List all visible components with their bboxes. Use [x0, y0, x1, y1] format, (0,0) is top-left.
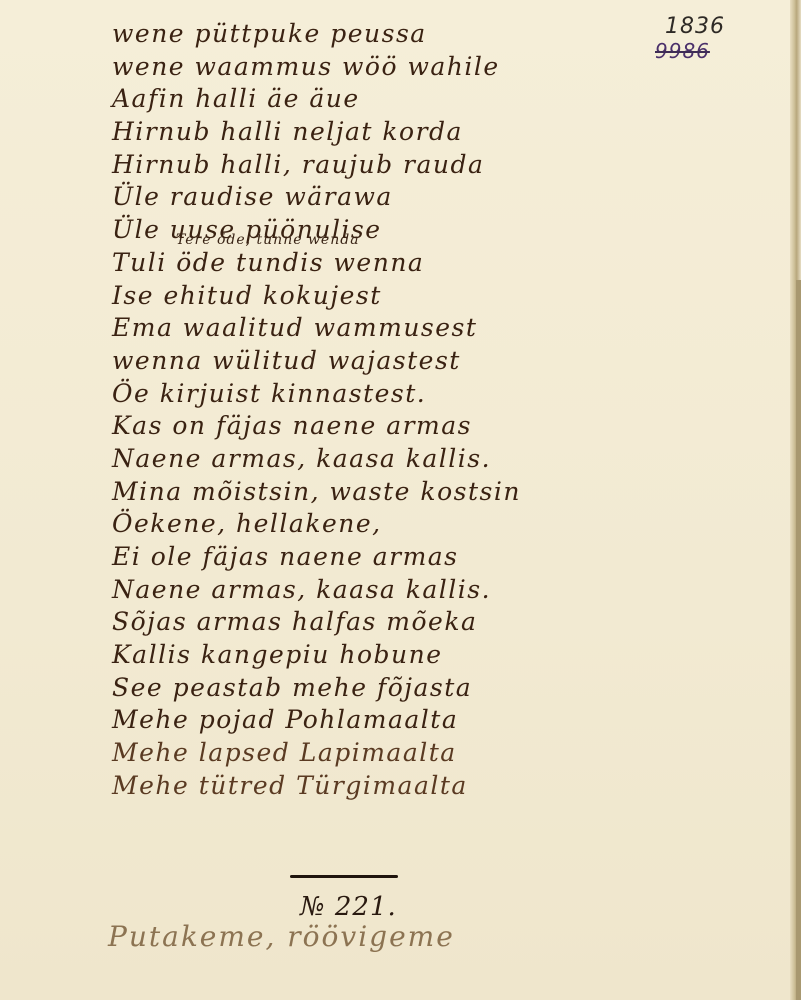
poem-line: Tuli öde tundis wenna	[112, 247, 712, 280]
poem-line: wene waammus wöö wahile	[112, 51, 712, 84]
poem-line: Aafin halli äe äue	[112, 83, 712, 116]
poem-line: Mina mõistsin, waste kostsin	[112, 476, 712, 509]
poem-line: Naene armas, kaasa kallis.	[112, 574, 712, 607]
poem-line: See peastab mehe fõjasta	[112, 672, 712, 705]
poem-line: Mehe lapsed Lapimaalta	[112, 737, 712, 770]
interlinear-correction: Tere öde, tunne wenda	[176, 232, 360, 248]
poem-line: Hirnub halli neljat korda	[112, 116, 712, 149]
poem-line: Ei ole fäjas naene armas	[112, 541, 712, 574]
poem-line: wene püttpuke peussa	[112, 18, 712, 51]
manuscript-page: 1836 9986 wene püttpuke peussa wene waam…	[0, 0, 794, 1000]
poem-line: Öe kirjuist kinnastest.	[112, 378, 712, 411]
poem-line: Mehe tütred Türgimaalta	[112, 770, 712, 803]
poem-line: Ema waalitud wammusest	[112, 312, 712, 345]
section-divider	[290, 875, 398, 878]
poem-line: Kallis kangepiu hobune	[112, 639, 712, 672]
poem-line: Mehe pojad Pohlamaalta	[112, 704, 712, 737]
next-song-title: Putakeme, röövigeme	[108, 920, 455, 953]
poem-line: Üle raudise wärawa	[112, 181, 712, 214]
poem-line: Sõjas armas halfas mõeka	[112, 606, 712, 639]
item-number: № 221.	[300, 892, 397, 922]
page-edges	[790, 0, 801, 1000]
poem-text: wene püttpuke peussa wene waammus wöö wa…	[112, 18, 712, 803]
poem-line: Naene armas, kaasa kallis.	[112, 443, 712, 476]
poem-line: Hirnub halli, raujub rauda	[112, 149, 712, 182]
poem-line: wenna wülitud wajastest	[112, 345, 712, 378]
poem-line: Kas on fäjas naene armas	[112, 410, 712, 443]
poem-line: Ise ehitud kokujest	[112, 280, 712, 313]
poem-line: Öekene, hellakene,	[112, 508, 712, 541]
